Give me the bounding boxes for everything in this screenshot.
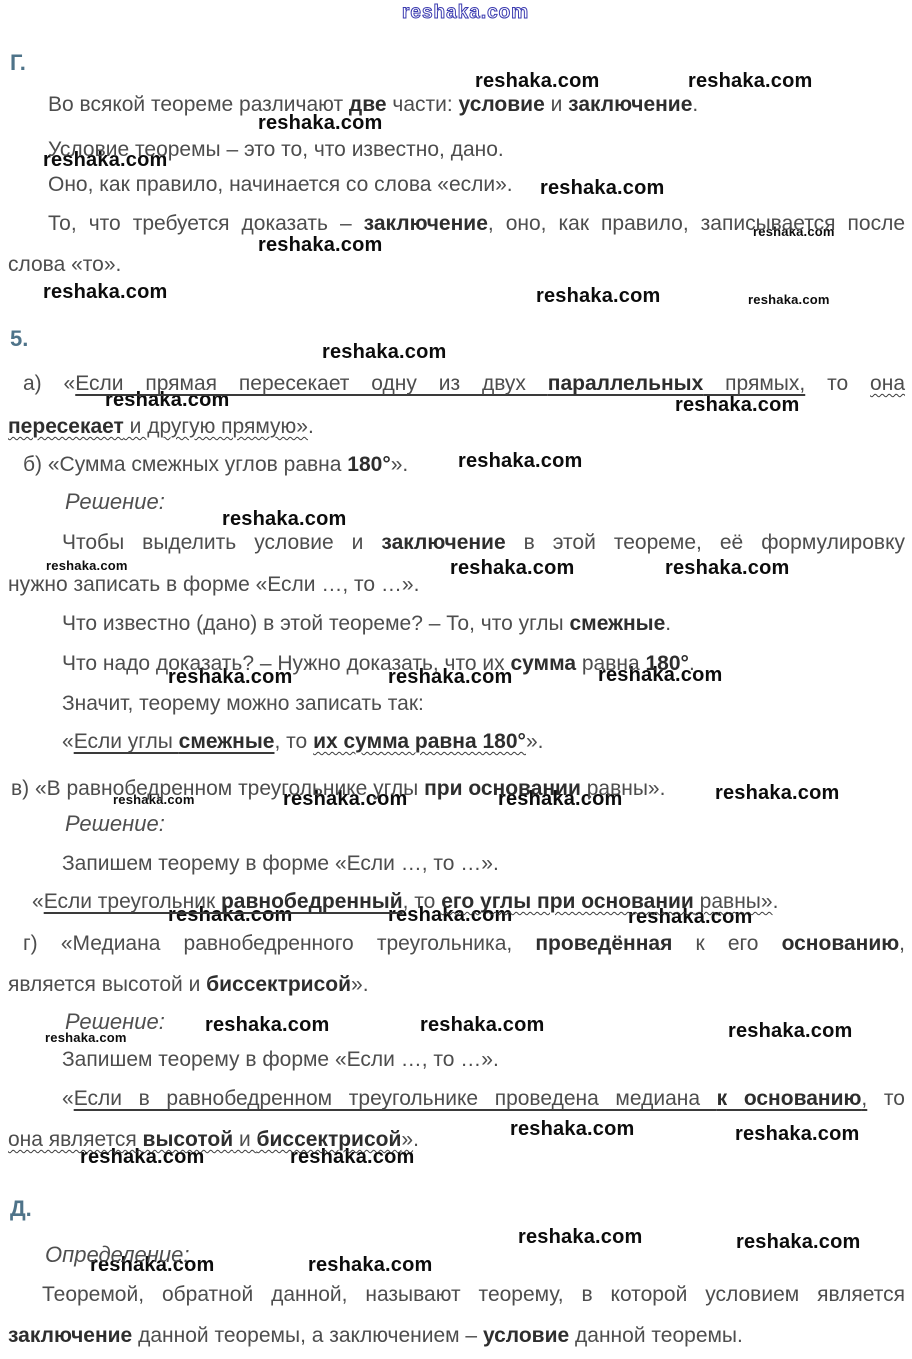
- text-run: нужно записать в форме «Если …, то …».: [8, 573, 419, 596]
- site-watermark: reshaka.com: [475, 70, 600, 93]
- text-run: »: [401, 1128, 413, 1151]
- text-run: смежные: [179, 730, 275, 753]
- text-run: Если прямая пересекает одну из двух: [75, 372, 548, 395]
- text-run: «: [62, 1087, 74, 1110]
- text-run: Если треугольник: [44, 890, 221, 913]
- site-watermark: reshaka.com: [458, 450, 583, 473]
- text-run: заключение: [381, 531, 505, 554]
- text-line: Что известно (дано) в этой теореме? – То…: [62, 610, 671, 637]
- text-run: слова «то».: [8, 253, 121, 276]
- text-run: ,: [899, 932, 905, 955]
- text-run: г) «Медиана равнобедренного треугольника…: [23, 932, 535, 955]
- text-run: то: [867, 1087, 905, 1110]
- text-run: .: [773, 890, 779, 913]
- site-watermark: reshaka.com: [715, 782, 840, 805]
- text-run: 180°: [646, 652, 689, 675]
- text-run: две: [349, 93, 387, 116]
- text-run: Запишем теорему в форме «Если …, то …».: [62, 1048, 499, 1071]
- site-watermark: reshaka.com: [322, 341, 447, 364]
- text-run: при основании: [424, 777, 581, 800]
- text-run: смежные: [569, 612, 665, 635]
- text-line: а) «Если прямая пересекает одну из двух …: [23, 370, 905, 397]
- section-heading: Г.: [10, 50, 26, 76]
- site-watermark: reshaka.com: [518, 1226, 643, 1249]
- text-run: .: [413, 1128, 419, 1151]
- text-run: его углы при основании: [441, 890, 694, 913]
- text-run: 180°: [347, 453, 390, 476]
- section-heading: 5.: [10, 326, 28, 352]
- text-run: .: [665, 612, 671, 635]
- text-run: .: [308, 415, 314, 438]
- text-run: Что известно (дано) в этой теореме? – То…: [62, 612, 569, 635]
- text-run: «: [32, 890, 44, 913]
- text-run: и: [233, 1128, 256, 1151]
- text-run: к основанию: [717, 1087, 862, 1110]
- text-run: Решение:: [65, 811, 165, 836]
- text-line: То, что требуется доказать – заключение,…: [48, 210, 905, 237]
- text-run: сумма: [510, 652, 576, 675]
- text-run: Значит, теорему можно записать так:: [62, 692, 424, 715]
- text-line: является высотой и биссектрисой».: [8, 971, 369, 998]
- text-run: равнобедренный: [221, 890, 403, 913]
- text-run: высотой: [143, 1128, 234, 1151]
- site-watermark: reshaka.com: [688, 70, 813, 93]
- text-line: «Если углы смежные, то их сумма равна 18…: [62, 728, 543, 755]
- text-line: «Если треугольник равнобедренный, то его…: [32, 888, 778, 915]
- text-line: пересекает и другую прямую».: [8, 413, 314, 440]
- text-run: и другую прямую»: [124, 415, 308, 438]
- site-watermark: reshaka.com: [540, 177, 665, 200]
- text-line: Условие теоремы – это то, что известно, …: [48, 136, 504, 163]
- text-run: равны».: [581, 777, 666, 800]
- text-run: Решение:: [65, 489, 165, 514]
- text-run: То, что требуется доказать –: [48, 212, 364, 235]
- site-watermark: reshaka.com: [43, 281, 168, 304]
- text-run: ».: [526, 730, 544, 753]
- text-run: биссектрисой: [206, 973, 351, 996]
- site-watermark: reshaka.com: [205, 1014, 330, 1037]
- text-run: Определение:: [45, 1242, 189, 1267]
- text-run: заключение: [568, 93, 692, 116]
- text-run: заключение: [364, 212, 488, 235]
- text-line: б) «Сумма смежных углов равна 180°».: [23, 451, 408, 478]
- text-run: условие: [459, 93, 545, 116]
- text-run: , оно, как правило, записывается после: [488, 212, 905, 235]
- text-run: прямых,: [703, 372, 805, 395]
- text-line: «Если в равнобедренном треугольнике пров…: [62, 1085, 905, 1112]
- text-run: условие: [483, 1324, 569, 1347]
- text-run: проведённая: [535, 932, 672, 955]
- site-watermark: reshaka.com: [536, 285, 661, 308]
- text-line: заключение данной теоремы, а заключением…: [8, 1322, 743, 1349]
- text-run: «: [62, 730, 74, 753]
- text-line: Значит, теорему можно записать так:: [62, 690, 424, 717]
- solution-label-line: Решение:: [65, 810, 165, 837]
- text-line: г) «Медиана равнобедренного треугольника…: [23, 930, 905, 957]
- text-line: Чтобы выделить условие и заключение в эт…: [62, 529, 905, 556]
- site-watermark: reshaka.com: [665, 557, 790, 580]
- text-run: она является: [8, 1128, 143, 1151]
- text-run: и: [545, 93, 568, 116]
- text-run: то: [805, 372, 870, 395]
- text-run: является высотой и: [8, 973, 206, 996]
- text-line: Что надо доказать? – Нужно доказать, что…: [62, 650, 695, 677]
- site-watermark: reshaka.com: [308, 1254, 433, 1277]
- site-watermark: reshaka.com: [222, 508, 347, 531]
- site-watermark-outline: reshaka.com: [402, 2, 529, 24]
- text-run: Чтобы выделить условие и: [62, 531, 381, 554]
- solution-label-line: Определение:: [45, 1241, 189, 1268]
- text-line: нужно записать в форме «Если …, то …».: [8, 571, 419, 598]
- text-run: Запишем теорему в форме «Если …, то …».: [62, 852, 499, 875]
- text-run: Условие теоремы – это то, что известно, …: [48, 138, 504, 161]
- text-run: в) «В равнобедренном треугольнике углы: [11, 777, 424, 800]
- text-run: она: [870, 372, 905, 395]
- text-run: Оно, как правило, начинается со слова «е…: [48, 173, 513, 196]
- text-run: их сумма равна 180°: [313, 730, 526, 753]
- text-run: к его: [672, 932, 781, 955]
- text-run: ».: [391, 453, 409, 476]
- text-run: ».: [351, 973, 369, 996]
- text-run: основанию: [782, 932, 900, 955]
- site-watermark: reshaka.com: [748, 292, 830, 307]
- text-run: , то: [274, 730, 313, 753]
- text-run: , то: [403, 890, 442, 913]
- text-line: Запишем теорему в форме «Если …, то …».: [62, 850, 499, 877]
- site-watermark: reshaka.com: [420, 1014, 545, 1037]
- text-run: биссектрисой: [257, 1128, 402, 1151]
- text-run: части:: [387, 93, 459, 116]
- text-line: слова «то».: [8, 251, 121, 278]
- site-watermark: reshaka.com: [728, 1020, 853, 1043]
- text-run: .: [689, 652, 695, 675]
- text-run: параллельных: [548, 372, 704, 395]
- text-run: .: [692, 93, 698, 116]
- text-run: Во всякой теореме различают: [48, 93, 349, 116]
- solution-label-line: Решение:: [65, 1008, 165, 1035]
- text-run: Теоремой, обратной данной, называют теор…: [42, 1283, 905, 1306]
- text-run: равны»: [694, 890, 773, 913]
- text-run: пересекает: [8, 415, 124, 438]
- text-run: данной теоремы, а заключением –: [132, 1324, 483, 1347]
- site-watermark: reshaka.com: [736, 1231, 861, 1254]
- text-run: б) «Сумма смежных углов равна: [23, 453, 347, 476]
- document-page: reshaka.comreshaka.comreshaka.comreshaka…: [0, 0, 912, 1359]
- text-line: в) «В равнобедренном треугольнике углы п…: [11, 775, 665, 802]
- text-run: в этой теореме, её формулировку: [506, 531, 905, 554]
- text-line: она является высотой и биссектрисой».: [8, 1126, 419, 1153]
- text-line: Оно, как правило, начинается со слова «е…: [48, 171, 513, 198]
- text-line: Запишем теорему в форме «Если …, то …».: [62, 1046, 499, 1073]
- section-heading: Д.: [10, 1196, 32, 1222]
- text-run: заключение: [8, 1324, 132, 1347]
- site-watermark: reshaka.com: [675, 394, 800, 417]
- text-line: Во всякой теореме различают две части: у…: [48, 91, 698, 118]
- text-run: а) «: [23, 372, 75, 395]
- text-run: Если углы: [74, 730, 179, 753]
- text-run: Что надо доказать? – Нужно доказать, что…: [62, 652, 510, 675]
- solution-label-line: Решение:: [65, 488, 165, 515]
- text-run: равна: [576, 652, 645, 675]
- site-watermark: reshaka.com: [450, 557, 575, 580]
- text-run: данной теоремы.: [569, 1324, 743, 1347]
- text-run: Решение:: [65, 1009, 165, 1034]
- text-line: Теоремой, обратной данной, называют теор…: [42, 1281, 905, 1308]
- site-watermark: reshaka.com: [258, 234, 383, 257]
- text-run: Если в равнобедренном треугольнике прове…: [74, 1087, 717, 1110]
- site-watermark: reshaka.com: [735, 1123, 860, 1146]
- site-watermark: reshaka.com: [510, 1118, 635, 1141]
